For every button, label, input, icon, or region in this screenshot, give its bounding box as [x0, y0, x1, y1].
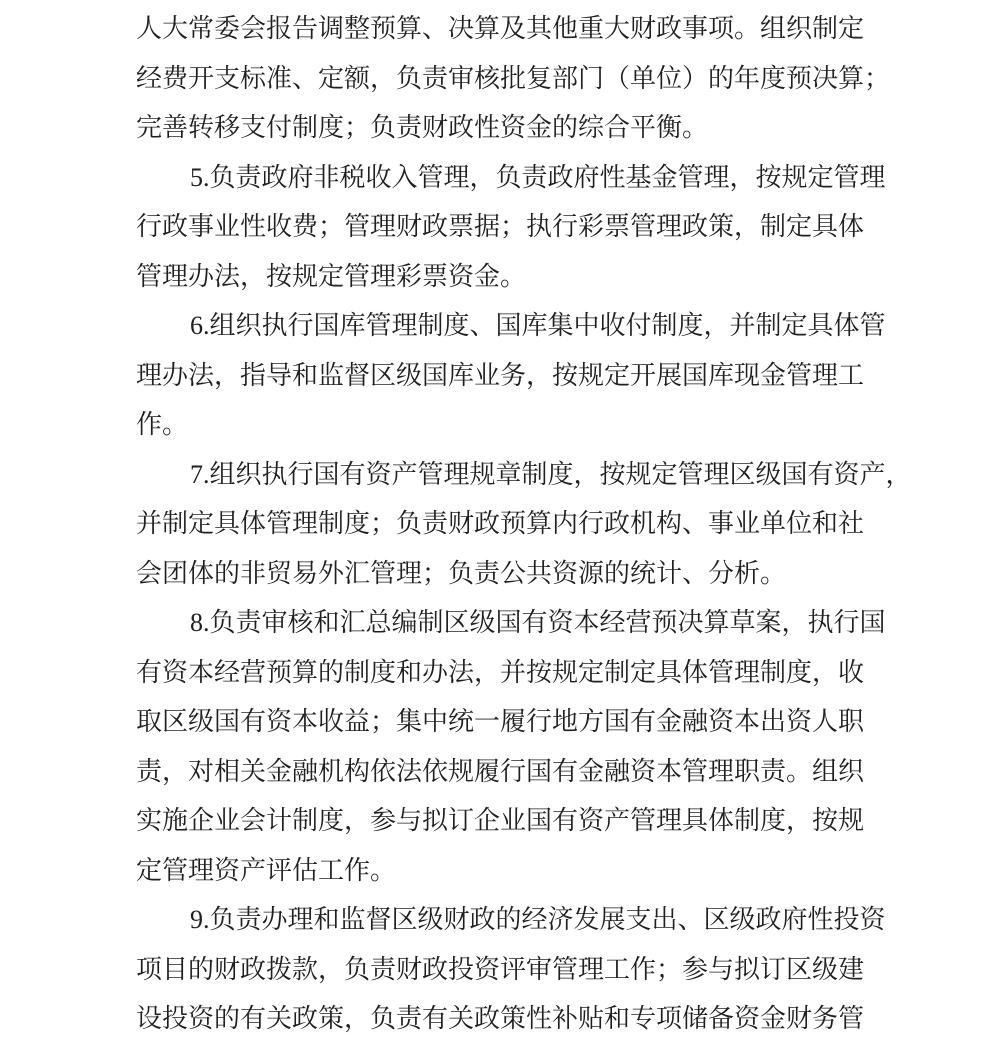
text-line: 6.组织执行国库管理制度、国库集中收付制度，并制定具体管 [136, 301, 896, 351]
text-line: 8.负责审核和汇总编制区级国有资本经营预决算草案，执行国 [136, 598, 896, 648]
text-line: 会团体的非贸易外汇管理；负责公共资源的统计、分析。 [136, 549, 896, 599]
text-line: 5.负责政府非税收入管理，负责政府性基金管理，按规定管理 [136, 153, 896, 203]
text-line: 行政事业性收费；管理财政票据；执行彩票管理政策，制定具体 [136, 202, 896, 252]
text-line: 人大常委会报告调整预算、决算及其他重大财政事项。组织制定 [136, 4, 896, 54]
text-line: 设投资的有关政策，负责有关政策性补贴和专项储备资金财务管 [136, 994, 896, 1044]
text-line: 完善转移支付制度；负责财政性资金的综合平衡。 [136, 103, 896, 153]
text-line: 理办法，指导和监督区级国库业务，按规定开展国库现金管理工 [136, 351, 896, 401]
text-line: 有资本经营预算的制度和办法，并按规定制定具体管理制度，收 [136, 648, 896, 698]
document-page: 人大常委会报告调整预算、决算及其他重大财政事项。组织制定经费开支标准、定额，负责… [0, 0, 1000, 1053]
text-line: 7.组织执行国有资产管理规章制度，按规定管理区级国有资产， [136, 450, 896, 500]
text-line: 项目的财政拨款，负责财政投资评审管理工作；参与拟订区级建 [136, 945, 896, 995]
text-line: 责，对相关金融机构依法依规履行国有金融资本管理职责。组织 [136, 747, 896, 797]
page-background: { "page": { "background_color": "#ffffff… [0, 0, 1000, 1053]
text-line: 管理办法，按规定管理彩票资金。 [136, 252, 896, 302]
text-line: 定管理资产评估工作。 [136, 846, 896, 896]
text-line: 9.负责办理和监督区级财政的经济发展支出、区级政府性投资 [136, 895, 896, 945]
text-column: 人大常委会报告调整预算、决算及其他重大财政事项。组织制定经费开支标准、定额，负责… [136, 4, 896, 1044]
text-line: 经费开支标准、定额，负责审核批复部门（单位）的年度预决算； [136, 54, 896, 104]
text-line: 作。 [136, 400, 896, 450]
text-line: 并制定具体管理制度；负责财政预算内行政机构、事业单位和社 [136, 499, 896, 549]
text-line: 实施企业会计制度，参与拟订企业国有资产管理具体制度，按规 [136, 796, 896, 846]
text-line: 取区级国有资本收益；集中统一履行地方国有金融资本出资人职 [136, 697, 896, 747]
